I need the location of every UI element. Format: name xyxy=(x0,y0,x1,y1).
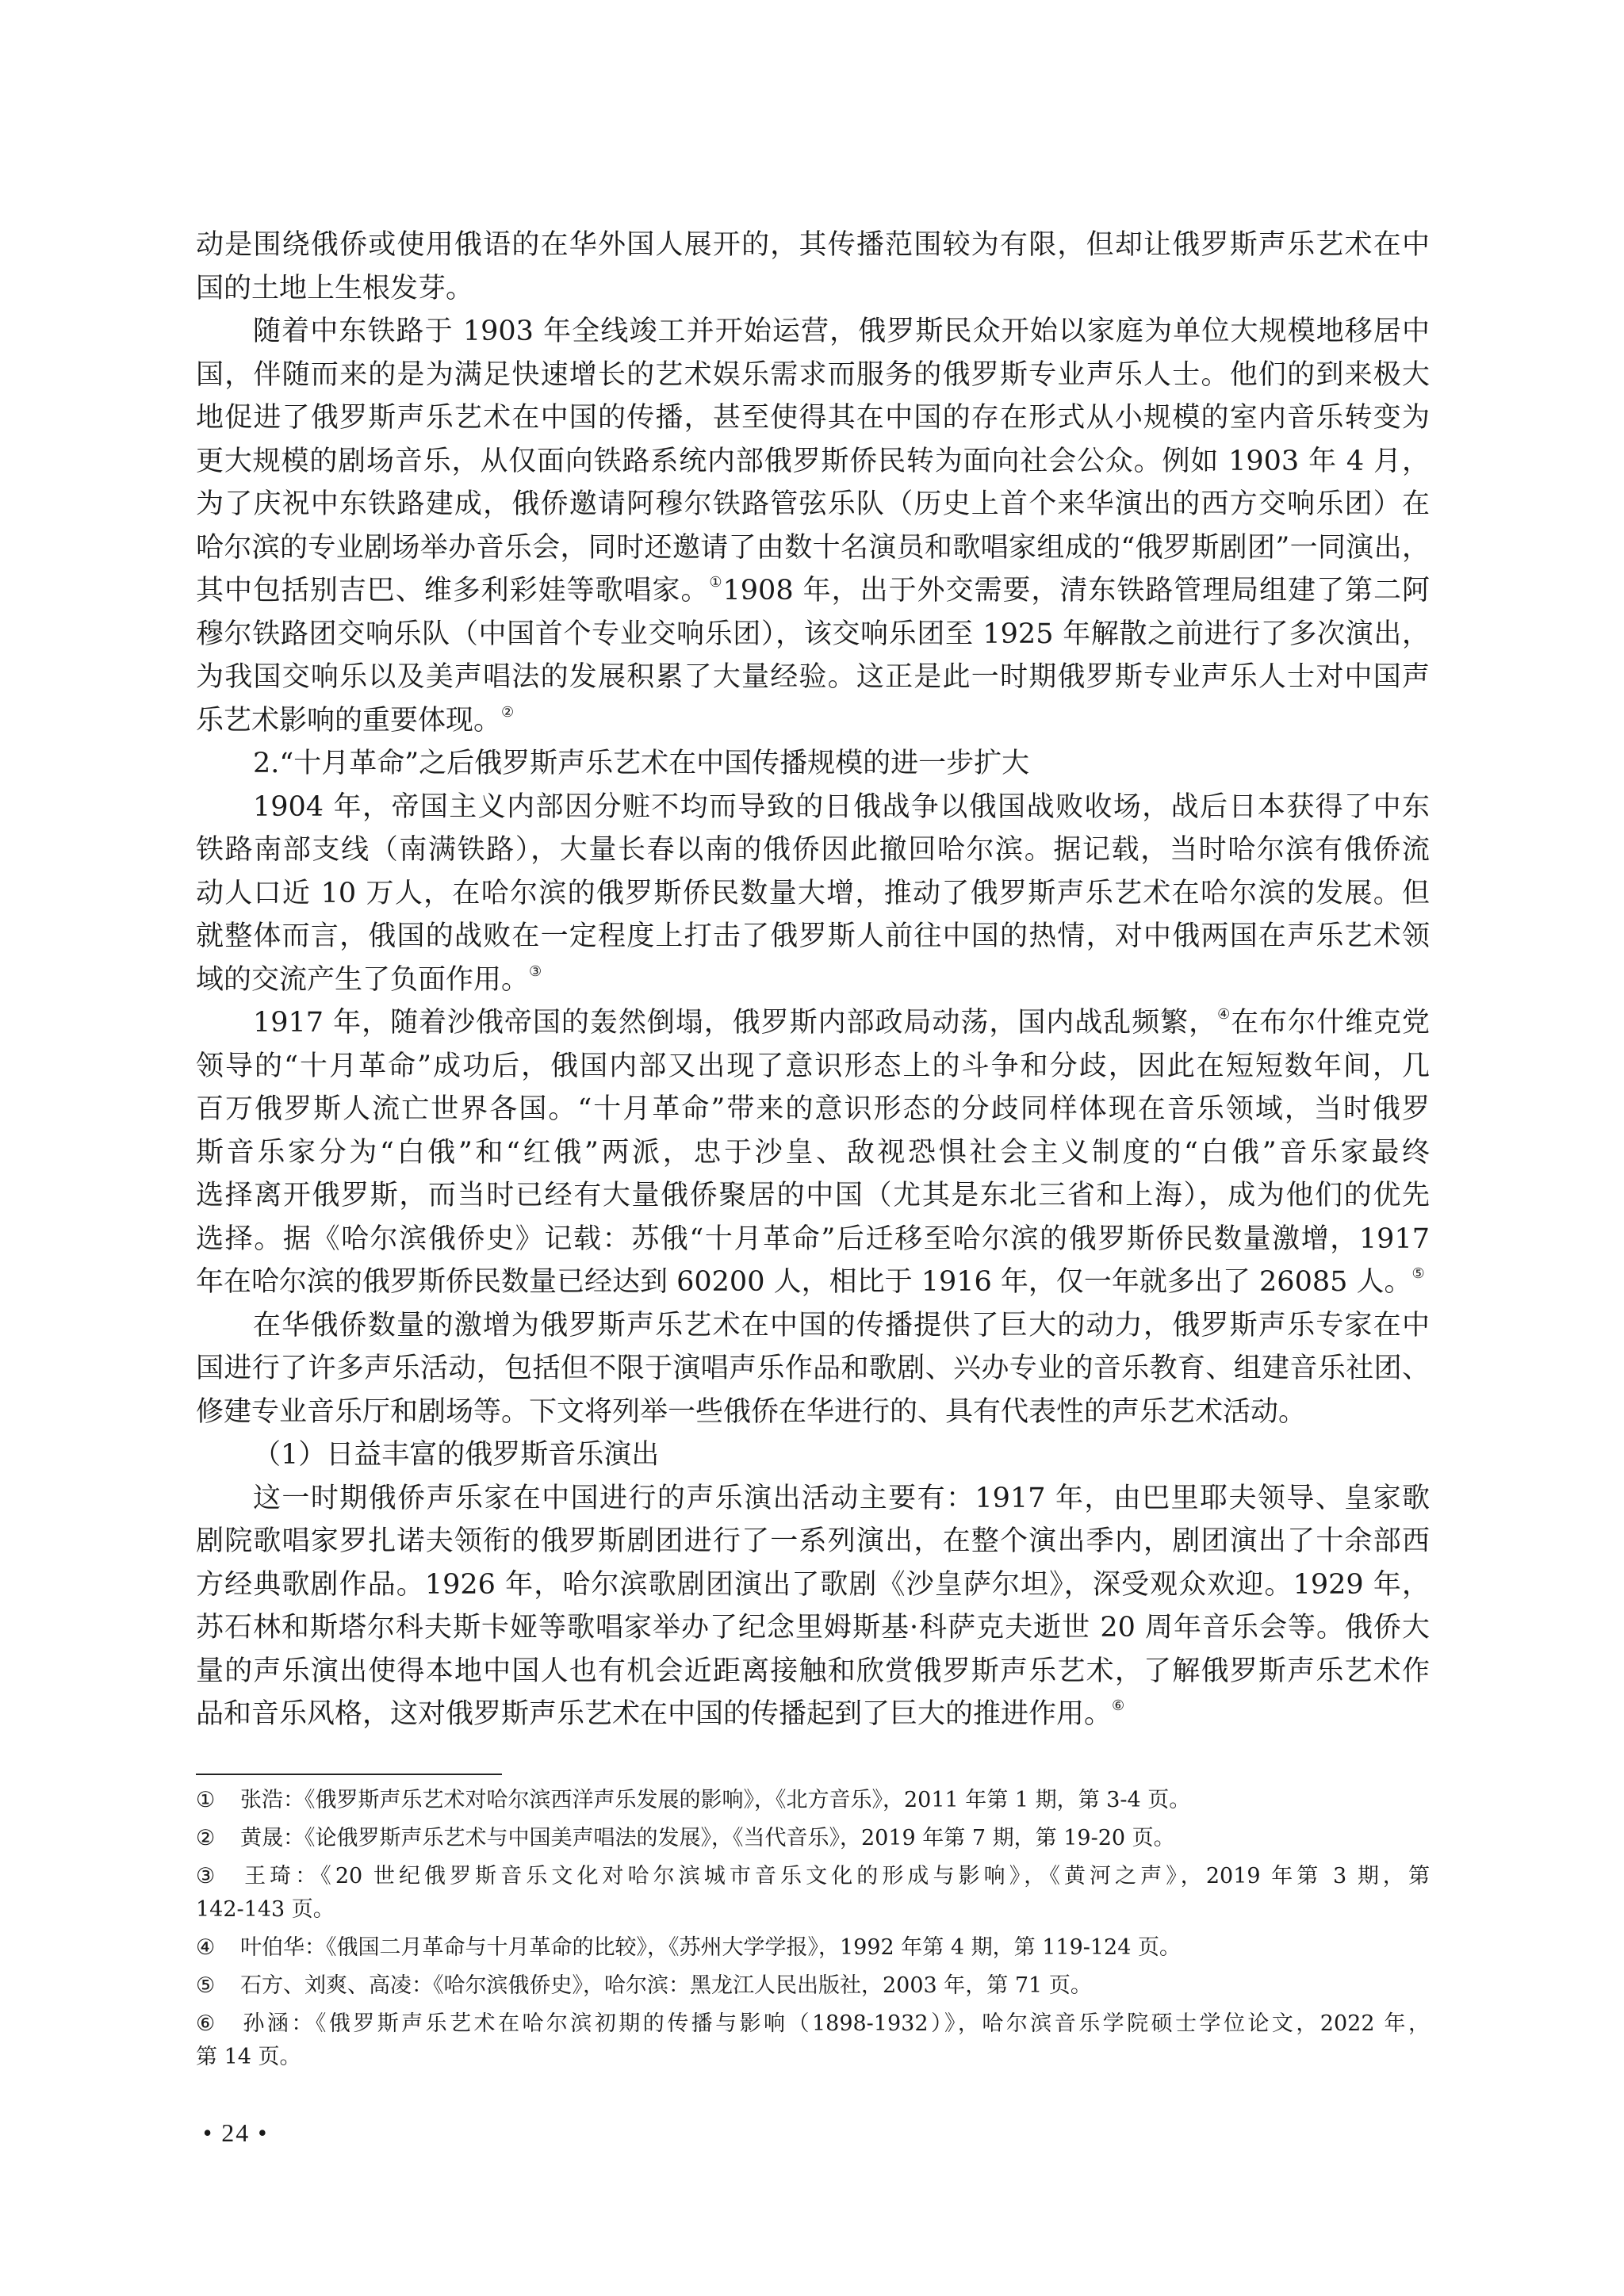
paragraph-line: 选择。据《哈尔滨俄侨史》记载：苏俄“十月革命”后迁移至哈尔滨的俄罗斯侨民数量激增… xyxy=(196,1218,1430,1261)
paragraph-line: 穆尔铁路团交响乐队（中国首个专业交响乐团），该交响乐团至 1925 年解散之前进… xyxy=(196,613,1430,656)
paragraph-line: 这一时期俄侨声乐家在中国进行的声乐演出活动主要有：1917 年，由巴里耶夫领导、… xyxy=(196,1477,1430,1521)
paragraph-line: 地促进了俄罗斯声乐艺术在中国的传播，甚至使得其在中国的存在形式从小规模的室内音乐… xyxy=(196,396,1430,440)
paragraph-line: 修建专业音乐厅和剧场等。下文将列举一些俄侨在华进行的、具有代表性的声乐艺术活动。 xyxy=(196,1391,1430,1434)
footnote-5: ⑤石方、刘爽、高凌：《哈尔滨俄侨史》，哈尔滨：黑龙江人民出版社，2003 年，第… xyxy=(196,1969,1430,2003)
footnote-mark: ⑤ xyxy=(196,1969,240,2003)
paragraph-line: 国进行了许多声乐活动，包括但不限于演唱声乐作品和歌剧、兴办专业的音乐教育、组建音… xyxy=(196,1347,1430,1391)
footnote-separator xyxy=(196,1774,502,1775)
paragraph-line: 动人口近 10 万人，在哈尔滨的俄罗斯侨民数量大增，推动了俄罗斯声乐艺术在哈尔滨… xyxy=(196,872,1430,916)
footnote-ref-3[interactable]: ③ xyxy=(529,963,542,980)
line-segment: 1908 年，出于外交需要，清东铁路管理局组建了第二阿 xyxy=(723,575,1430,607)
line-segment: 在布尔什维克党 xyxy=(1231,1007,1430,1039)
footnote-6: ⑥孙涵：《俄罗斯声乐艺术在哈尔滨初期的传播与影响（1898-1932）》，哈尔滨… xyxy=(196,2007,1430,2041)
paragraph-line: 年在哈尔滨的俄罗斯侨民数量已经达到 60200 人，相比于 1916 年，仅一年… xyxy=(196,1261,1430,1304)
paragraph-line: 为我国交响乐以及美声唱法的发展积累了大量经验。这正是此一时期俄罗斯专业声乐人士对… xyxy=(196,656,1430,699)
footnote-mark: ① xyxy=(196,1784,240,1817)
footnote-6-continued: 第 14 页。 xyxy=(196,2041,1430,2074)
footnote-mark: ④ xyxy=(196,1931,240,1965)
footnote-mark: ③ xyxy=(196,1860,240,1893)
paragraph-line: 1904 年，帝国主义内部因分赃不均而导致的日俄战争以俄国战败收场，战后日本获得… xyxy=(196,786,1430,829)
paragraph-line: 百万俄罗斯人流亡世界各国。“十月革命”带来的意识形态的分歧同样体现在音乐领域，当… xyxy=(196,1088,1430,1131)
footnote-3-continued: 142-143 页。 xyxy=(196,1893,1430,1927)
paragraph-line: 剧院歌唱家罗扎诺夫领衔的俄罗斯剧团进行了一系列演出，在整个演出季内，剧团演出了十… xyxy=(196,1520,1430,1563)
paragraph-line: 哈尔滨的专业剧场举办音乐会，同时还邀请了由数十名演员和歌唱家组成的“俄罗斯剧团”… xyxy=(196,526,1430,570)
paragraph-line: 领导的“十月革命”成功后，俄国内部又出现了意识形态上的斗争和分歧，因此在短短数年… xyxy=(196,1045,1430,1089)
paragraph-line: 品和音乐风格，这对俄罗斯声乐艺术在中国的传播起到了巨大的推进作用。⑥ xyxy=(196,1693,1430,1736)
paragraph-line: 为了庆祝中东铁路建成，俄侨邀请阿穆尔铁路管弦乐队（历史上首个来华演出的西方交响乐… xyxy=(196,483,1430,526)
line-segment: 乐艺术影响的重要体现。 xyxy=(196,705,501,737)
paragraph-line: 1917 年，随着沙俄帝国的轰然倒塌，俄罗斯内部政局动荡，国内战乱频繁，④在布尔… xyxy=(196,1001,1430,1045)
line-segment: 1917 年，随着沙俄帝国的轰然倒塌，俄罗斯内部政局动荡，国内战乱频繁， xyxy=(253,1007,1217,1039)
line-segment: 其中包括别吉巴、维多利彩娃等歌唱家。 xyxy=(196,575,709,607)
footnote-4: ④叶伯华：《俄国二月革命与十月革命的比较》，《苏州大学学报》，1992 年第 4… xyxy=(196,1931,1430,1965)
footnote-ref-5[interactable]: ⑤ xyxy=(1412,1265,1425,1282)
paragraph-line: 乐艺术影响的重要体现。② xyxy=(196,699,1430,743)
paragraph-line: 国的土地上生根发芽。 xyxy=(196,267,1430,311)
line-segment: 品和音乐风格，这对俄罗斯声乐艺术在中国的传播起到了巨大的推进作用。 xyxy=(196,1698,1112,1730)
footnote-mark: ⑥ xyxy=(196,2007,240,2041)
footnote-ref-1[interactable]: ① xyxy=(709,574,722,591)
footnote-1: ①张浩：《俄罗斯声乐艺术对哈尔滨西洋声乐发展的影响》，《北方音乐》，2011 年… xyxy=(196,1784,1430,1817)
section-heading: 2.“十月革命”之后俄罗斯声乐艺术在中国传播规模的进一步扩大 xyxy=(196,742,1430,786)
footnote-ref-2[interactable]: ② xyxy=(501,704,514,721)
footnote-2: ②黄晟：《论俄罗斯声乐艺术与中国美声唱法的发展》，《当代音乐》，2019 年第 … xyxy=(196,1822,1430,1855)
footnote-mark: ② xyxy=(196,1822,240,1855)
footnote-text: 叶伯华：《俄国二月革命与十月革命的比较》，《苏州大学学报》，1992 年第 4 … xyxy=(240,1935,1181,1960)
footnote-3: ③王琦：《20 世纪俄罗斯音乐文化对哈尔滨城市音乐文化的形成与影响》，《黄河之声… xyxy=(196,1860,1430,1893)
footnotes: ①张浩：《俄罗斯声乐艺术对哈尔滨西洋声乐发展的影响》，《北方音乐》，2011 年… xyxy=(196,1784,1430,2074)
line-segment: 域的交流产生了负面作用。 xyxy=(196,964,529,996)
footnote-ref-4[interactable]: ④ xyxy=(1217,1006,1231,1023)
footnote-text: 王琦：《20 世纪俄罗斯音乐文化对哈尔滨城市音乐文化的形成与影响》，《黄河之声》… xyxy=(240,1864,1430,1888)
paragraph-line: 方经典歌剧作品。1926 年，哈尔滨歌剧团演出了歌剧《沙皇萨尔坦》，深受观众欢迎… xyxy=(196,1563,1430,1607)
article-body: 动是围绕俄侨或使用俄语的在华外国人展开的，其传播范围较为有限，但却让俄罗斯声乐艺… xyxy=(196,224,1430,1736)
footnote-text: 张浩：《俄罗斯声乐艺术对哈尔滨西洋声乐发展的影响》，《北方音乐》，2011 年第… xyxy=(240,1788,1190,1812)
paragraph-line: 其中包括别吉巴、维多利彩娃等歌唱家。①1908 年，出于外交需要，清东铁路管理局… xyxy=(196,569,1430,613)
paragraph-line: 国，伴随而来的是为满足快速增长的艺术娱乐需求而服务的俄罗斯专业声乐人士。他们的到… xyxy=(196,354,1430,397)
paragraph-line: 选择离开俄罗斯，而当时已经有大量俄侨聚居的中国（尤其是东北三省和上海），成为他们… xyxy=(196,1174,1430,1218)
paragraph-line: 量的声乐演出使得本地中国人也有机会近距离接触和欣赏俄罗斯声乐艺术，了解俄罗斯声乐… xyxy=(196,1650,1430,1693)
footnote-text: 孙涵：《俄罗斯声乐艺术在哈尔滨初期的传播与影响（1898-1932）》，哈尔滨音… xyxy=(240,2011,1430,2036)
paragraph-line: 域的交流产生了负面作用。③ xyxy=(196,959,1430,1002)
paragraph-line: 就整体而言，俄国的战败在一定程度上打击了俄罗斯人前往中国的热情，对中俄两国在声乐… xyxy=(196,915,1430,959)
paragraph-line: 斯音乐家分为“白俄”和“红俄”两派，忠于沙皇、敌视恐惧社会主义制度的“白俄”音乐… xyxy=(196,1131,1430,1175)
paragraph-line: 在华俄侨数量的激增为俄罗斯声乐艺术在中国的传播提供了巨大的动力，俄罗斯声乐专家在… xyxy=(196,1304,1430,1348)
subsection-heading: （1）日益丰富的俄罗斯音乐演出 xyxy=(196,1433,1430,1477)
paragraph-line: 动是围绕俄侨或使用俄语的在华外国人展开的，其传播范围较为有限，但却让俄罗斯声乐艺… xyxy=(196,224,1430,267)
footnote-text: 黄晟：《论俄罗斯声乐艺术与中国美声唱法的发展》，《当代音乐》，2019 年第 7… xyxy=(240,1826,1175,1850)
page-number: • 24 • xyxy=(203,2118,268,2148)
footnote-ref-6[interactable]: ⑥ xyxy=(1112,1697,1124,1714)
paragraph-line: 铁路南部支线（南满铁路），大量长春以南的俄侨因此撤回哈尔滨。据记载，当时哈尔滨有… xyxy=(196,828,1430,872)
footnote-text: 石方、刘爽、高凌：《哈尔滨俄侨史》，哈尔滨：黑龙江人民出版社，2003 年，第 … xyxy=(240,1973,1092,1998)
paragraph-line: 更大规模的剧场音乐，从仅面向铁路系统内部俄罗斯侨民转为面向社会公众。例如 190… xyxy=(196,440,1430,484)
line-segment: 年在哈尔滨的俄罗斯侨民数量已经达到 60200 人，相比于 1916 年，仅一年… xyxy=(196,1266,1412,1298)
paragraph-line: 苏石林和斯塔尔科夫斯卡娅等歌唱家举办了纪念里姆斯基·科萨克夫逝世 20 周年音乐… xyxy=(196,1606,1430,1650)
paragraph-line: 随着中东铁路于 1903 年全线竣工并开始运营，俄罗斯民众开始以家庭为单位大规模… xyxy=(196,310,1430,354)
